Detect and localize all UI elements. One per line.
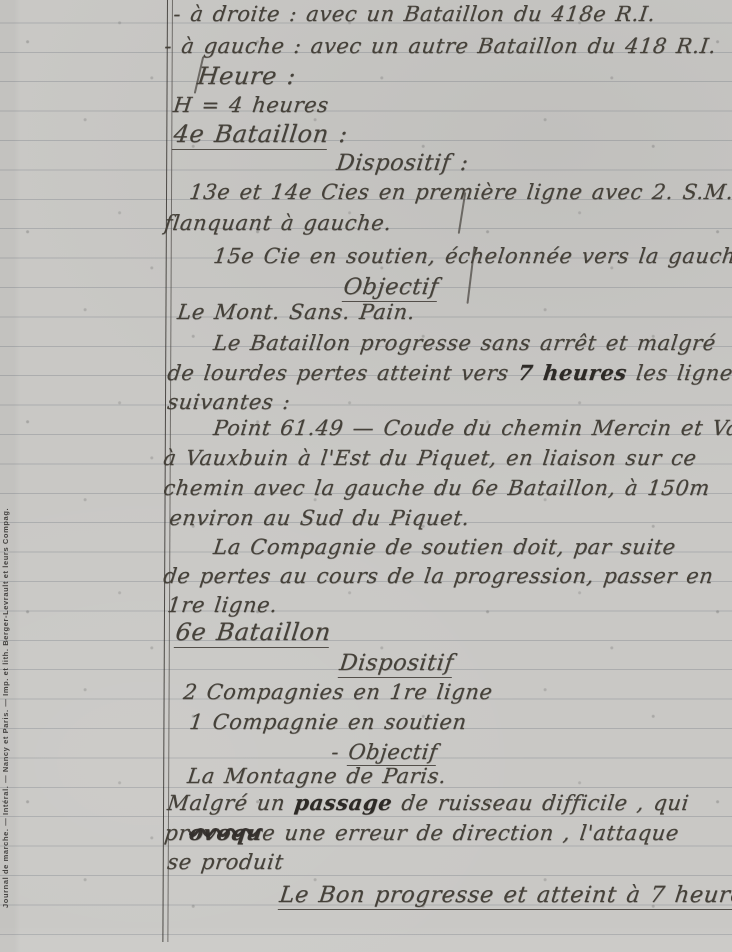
handwritten-line: Malgré un passage de ruisseau difficile … <box>166 790 691 815</box>
handwritten-line: - à gauche : avec un autre Bataillon du … <box>163 34 718 58</box>
handwritten-line: Le Bon progresse et atteint à 7 heures <box>278 882 732 908</box>
handwritten-line: suivantes : <box>166 390 292 414</box>
handwritten-line: 1re ligne. <box>166 593 279 617</box>
handwritten-line: 6e Bataillon <box>174 618 333 646</box>
handwritten-line: La Compagnie de soutien doit, par suite <box>212 535 677 559</box>
handwritten-line: Le Mont. Sans. Pain. <box>176 300 417 324</box>
handwritten-line: à Vauxbuin à l'Est du Piquet, en liaison… <box>162 446 698 470</box>
handwritten-line: se produit <box>166 850 285 874</box>
handwritten-line: Dispositif <box>338 650 455 676</box>
handwritten-line: chemin avec la gauche du 6e Bataillon, à… <box>162 476 711 500</box>
handwritten-line: Heure : <box>196 62 298 90</box>
handwritten-line: 15e Cie en soutien, échelonnée vers la g… <box>212 244 732 268</box>
handwritten-line: Dispositif : <box>335 150 470 176</box>
handwritten-line: Objectif <box>342 274 440 300</box>
handwritten-line: provoque une erreur de direction , l'att… <box>163 820 681 845</box>
handwritten-line: environ au Sud du Piquet. <box>168 506 471 530</box>
handwritten-line: flanquant à gauche. <box>163 211 393 235</box>
handwritten-line: H = 4 heures <box>172 93 330 117</box>
handwritten-line: 13e et 14e Cies en première ligne avec 2… <box>188 180 732 204</box>
handwritten-line: 2 Compagnies en 1re ligne <box>182 680 494 704</box>
handwritten-line: de pertes au cours de la progression, pa… <box>162 564 715 588</box>
handwritten-line: La Montagne de Paris. <box>186 764 448 788</box>
handwritten-line: de lourdes pertes atteint vers 7 heures … <box>166 360 732 385</box>
handwritten-line: - à droite : avec un Bataillon du 418e R… <box>172 2 657 26</box>
handwritten-line: Le Bataillon progresse sans arrêt et mal… <box>212 331 717 355</box>
handwritten-line: Point 61.49 — Coude du chemin Mercin et … <box>212 416 732 440</box>
document-page: Journal de marche. — Intéral. — Nancy et… <box>0 0 732 952</box>
handwritten-line: 4e Bataillon : <box>172 120 350 148</box>
handwritten-line: 1 Compagnie en soutien <box>188 710 468 734</box>
printed-edge-text: Journal de marche. — Intéral. — Nancy et… <box>1 328 14 908</box>
handwritten-line: - Objectif <box>330 740 439 764</box>
